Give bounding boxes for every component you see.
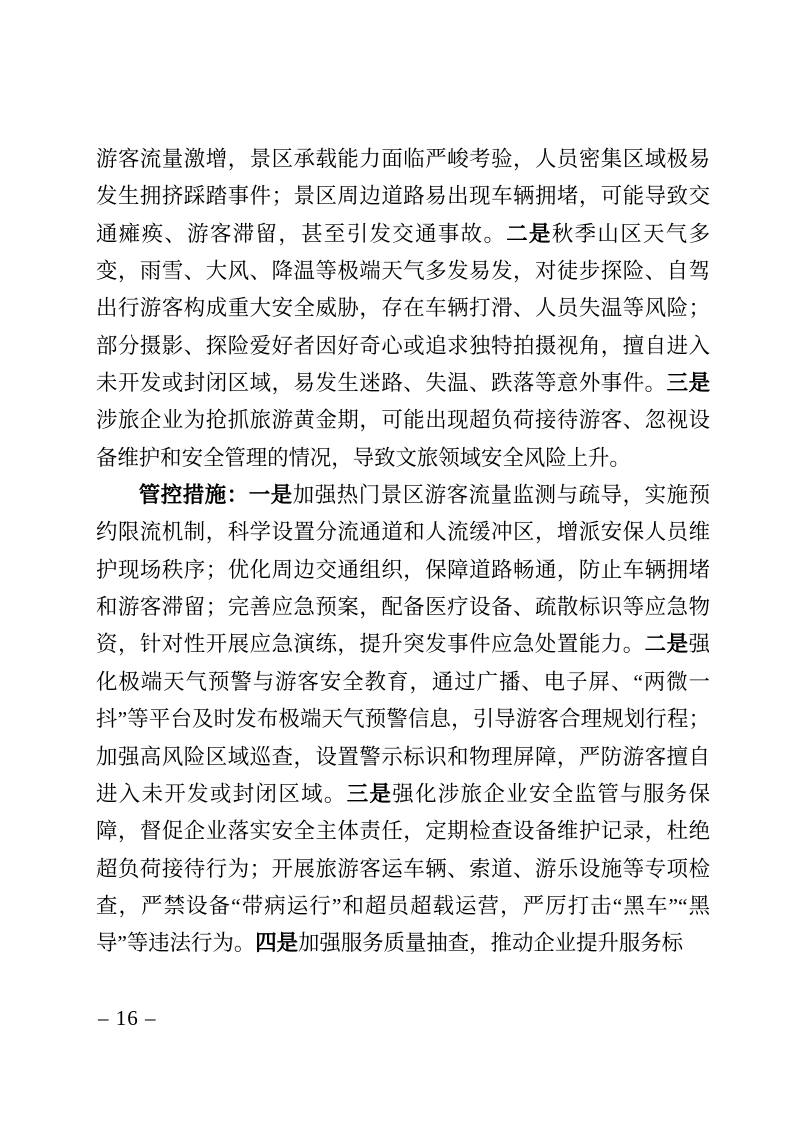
page-number: – 16 – [98,1006,157,1030]
document-page: 游客流量激增，景区承载能力面临严峻考验，人员密集区域极易发生拥挤踩踏事件；景区周… [0,0,793,1122]
text-run: 强化涉旅企业安全监管与服务保障，督促企业落实安全主体责任，定期检查设备维护记录，… [96,782,710,955]
text-run: 秋季山区天气多变，雨雪、大风、降温等极端天气多发易发，对徒步探险、自驾出行游客构… [96,222,710,395]
bold-run: 三是 [667,371,710,395]
text-run: 涉旅企业为抢抓旅游黄金期，可能出现超负荷接待游客、忽视设备维护和安全管理的情况，… [96,408,710,469]
text-run: 强化极端天气预警与游客安全教育，通过广播、电子屏、“两微一抖”等平台及时发布极端… [96,632,710,805]
paragraph: 管控措施：一是加强热门景区游客流量监测与疏导，实施预约限流机制，科学设置分流通道… [96,477,710,962]
bold-run: 管控措施：一是 [139,483,293,507]
text-run: 加强服务质量抽查，推动企业提升服务标 [298,931,683,955]
bold-run: 二是 [645,632,689,656]
document-body: 游客流量激增，景区承载能力面临严峻考验，人员密集区域极易发生拥挤踩踏事件；景区周… [96,141,710,963]
bold-run: 三是 [347,782,393,806]
text-run: 加强热门景区游客流量监测与疏导，实施预约限流机制，科学设置分流通道和人流缓冲区，… [96,483,710,656]
bold-run: 四是 [255,931,298,955]
paragraph: 游客流量激增，景区承载能力面临严峻考验，人员密集区域极易发生拥挤踩踏事件；景区周… [96,141,710,477]
bold-run: 二是 [506,222,552,246]
